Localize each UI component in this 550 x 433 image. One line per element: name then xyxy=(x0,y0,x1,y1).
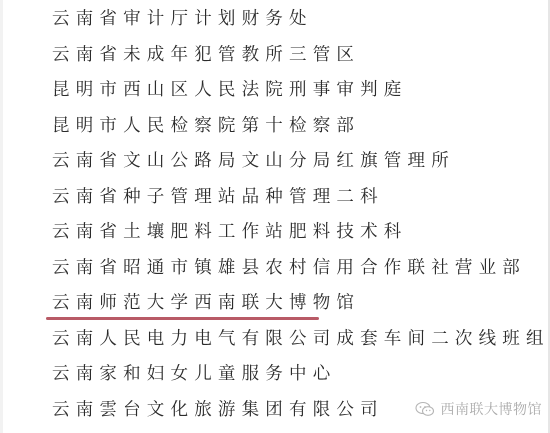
watermark-label: 西南联大博物馆 xyxy=(441,399,543,419)
list-item: 云南省土壤肥料工作站肥料技术科 xyxy=(52,215,550,251)
highlighted-list-item: 云南师范大学西南联大博物馆 xyxy=(52,286,550,322)
list-item: 云南人民电力电气有限公司成套车间二次线班组 xyxy=(52,322,550,358)
wechat-icon xyxy=(415,401,435,417)
list-item: 云南家和妇女儿童服务中心 xyxy=(52,357,550,393)
watermark: 西南联大博物馆 xyxy=(415,399,543,419)
list-item: 云南省文山公路局文山分局红旗管理所 xyxy=(52,144,550,180)
page-left-edge xyxy=(0,0,3,433)
list-item: 云南省未成年犯管教所三管区 xyxy=(52,38,550,74)
list-item: 昆明市西山区人民法院刑事审判庭 xyxy=(52,73,550,109)
list-item: 云南省昭通市镇雄县农村信用合作联社营业部 xyxy=(52,251,550,287)
list-item: 昆明市人民检察院第十检察部 xyxy=(52,109,550,145)
organization-list: 云南省审计厅计划财务处 云南省未成年犯管教所三管区 昆明市西山区人民法院刑事审判… xyxy=(52,2,550,428)
document-page: 云南省审计厅计划财务处 云南省未成年犯管教所三管区 昆明市西山区人民法院刑事审判… xyxy=(0,0,550,433)
list-item: 云南省种子管理站品种管理二科 xyxy=(52,180,550,216)
list-item: 云南省审计厅计划财务处 xyxy=(52,2,550,38)
